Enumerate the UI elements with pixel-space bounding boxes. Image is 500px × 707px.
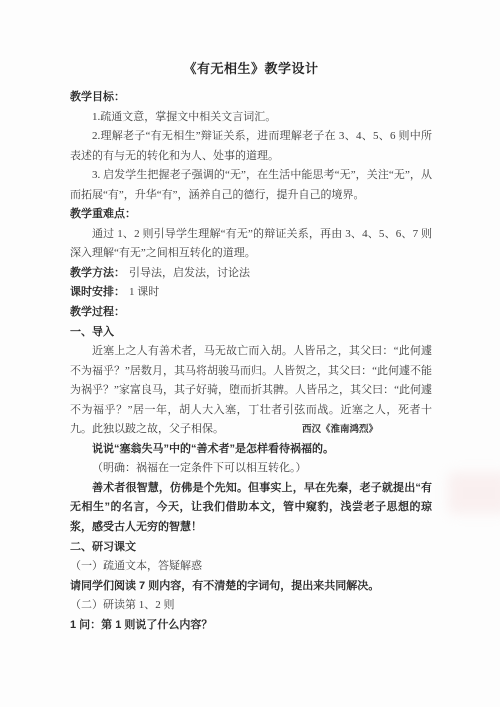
heading-objectives: 教学目标： <box>70 88 432 108</box>
objective-3: 3. 启发学生把握老子强调的“无”，在生活中能思考“无”，关注“无”，从而拓展“… <box>70 166 432 205</box>
story-para: 近塞上之人有善术者，马无故亡而入胡。人皆吊之，其父曰：“此何遽不为福乎？”居数月… <box>70 342 432 440</box>
teaching-method-line: 教学方法：引导法，启发法，讨论法 <box>70 264 432 284</box>
doc-title: 《有无相生》教学设计 <box>70 59 432 78</box>
objective-2: 2.理解老子“有无相生”辩证关系，进而理解老子在 3、4、5、6 则中所表述的有… <box>70 127 432 166</box>
heading-key-points: 教学重难点： <box>70 205 432 225</box>
class-schedule-label: 课时安排： <box>70 286 125 298</box>
story-attribution: 西汉《淮南鸿烈》 <box>280 420 378 440</box>
class-schedule-value: 1 课时 <box>129 286 159 298</box>
clarification-para: （明确：祸福在一定条件下可以相互转化。） <box>70 459 432 479</box>
heading-study-text: 二、研习课文 <box>70 538 432 558</box>
question-saiweng: 说说“塞翁失马”中的“善术者”是怎样看待祸福的。 <box>70 440 432 460</box>
question-1: 1 问：第 1 则说了什么内容？ <box>70 616 432 636</box>
document-content: 《有无相生》教学设计 教学目标： 1.疏通文意，掌握文中相关文言词汇。 2.理解… <box>0 0 500 635</box>
objective-1: 1.疏通文意，掌握文中相关文言词汇。 <box>70 108 432 128</box>
sub-heading-clarify-text: （一）疏通文本，答疑解惑 <box>70 557 432 577</box>
key-points-para: 通过 1、2 则引导学生理解“有无”的辩证关系，再由 3、4、5、6、7 则深入… <box>70 225 432 264</box>
heading-process: 教学过程： <box>70 303 432 323</box>
class-schedule-line: 课时安排：1 课时 <box>70 283 432 303</box>
heading-intro: 一、导入 <box>70 323 432 343</box>
teaching-method-value: 引导法，启发法，讨论法 <box>129 267 250 279</box>
transition-para: 善术者很智慧，仿佛是个先知。但事实上，早在先秦，老子就提出“有无相生”的名言，今… <box>70 479 432 538</box>
reading-instruction: 请同学们阅读 7 则内容，有不清楚的字词句，提出来共同解决。 <box>70 577 432 597</box>
sub-heading-study-1-2: （二）研读第 1、2 则 <box>70 596 432 616</box>
document-page: 《有无相生》教学设计 教学目标： 1.疏通文意，掌握文中相关文言词汇。 2.理解… <box>0 0 500 707</box>
teaching-method-label: 教学方法： <box>70 267 125 279</box>
